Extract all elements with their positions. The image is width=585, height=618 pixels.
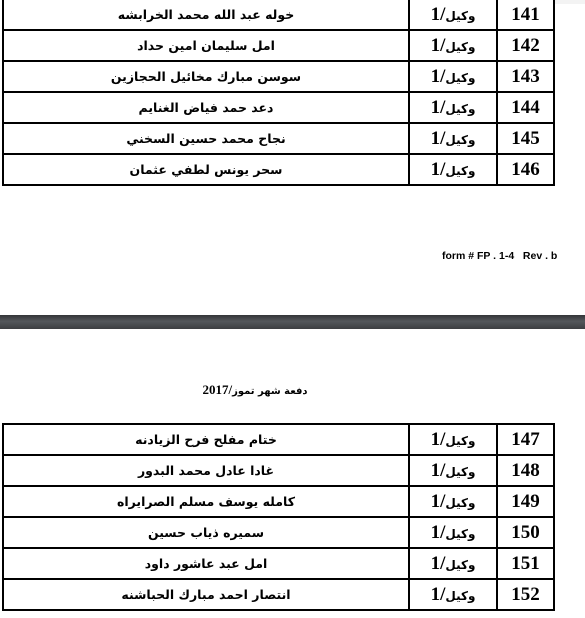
batch-heading: دفعة شهر تموز/2017 [195,381,315,399]
row-number: 146 [497,154,554,185]
row-number: 150 [497,517,554,548]
table-row: 147 وكيل/1 ختام مفلح فرح الزيادنه [3,424,554,455]
role-label: وكيل [445,465,475,479]
role-label: وكيل [445,133,475,147]
role-grade: /1 [431,460,446,481]
role-grade: /1 [431,429,446,450]
row-number: 141 [497,0,554,30]
role-label: وكيل [445,496,475,510]
row-number: 151 [497,548,554,579]
employee-name: امل عبد عاشور داود [3,548,409,579]
table-row: 151 وكيل/1 امل عبد عاشور داود [3,548,554,579]
role-grade: /1 [431,97,446,118]
role-grade: /1 [431,66,446,87]
role-label: وكيل [445,102,475,116]
employee-name: انتصار احمد مبارك الحباشنه [3,579,409,610]
employee-name: دعد حمد فياض الغنايم [3,92,409,123]
table-row: 150 وكيل/1 سميره ذياب حسين [3,517,554,548]
role-label: وكيل [445,434,475,448]
row-number: 149 [497,486,554,517]
role-label: وكيل [445,9,475,23]
role-cell: وكيل/1 [409,548,497,579]
role-label: وكيل [445,589,475,603]
row-number: 142 [497,30,554,61]
employee-name: نجاح محمد حسين السخني [3,123,409,154]
role-label: وكيل [445,40,475,54]
role-grade: /1 [431,4,446,25]
employee-name: كامله يوسف مسلم الصرايراه [3,486,409,517]
employee-name: غادا عادل محمد البدور [3,455,409,486]
employee-name: سوسن مبارك مخائيل الحجازين [3,61,409,92]
role-cell: وكيل/1 [409,92,497,123]
role-label: وكيل [445,71,475,85]
document-page-2: دفعة شهر تموز/2017 147 وكيل/1 ختام مفلح … [0,329,585,618]
role-cell: وكيل/1 [409,486,497,517]
row-number: 144 [497,92,554,123]
role-label: وكيل [445,558,475,572]
row-number: 147 [497,424,554,455]
table-row: 149 وكيل/1 كامله يوسف مسلم الصرايراه [3,486,554,517]
form-reference: form # FP . 1-4 Rev . b [442,250,557,262]
table-row: 146 وكيل/1 سحر يونس لطفي عثمان [3,154,554,185]
roster-table-2: 147 وكيل/1 ختام مفلح فرح الزيادنه 148 وك… [2,423,555,611]
role-cell: وكيل/1 [409,154,497,185]
row-number: 148 [497,455,554,486]
role-cell: وكيل/1 [409,123,497,154]
role-cell: وكيل/1 [409,517,497,548]
role-grade: /1 [431,159,446,180]
page-edge [553,0,585,4]
role-cell: وكيل/1 [409,0,497,30]
employee-name: امل سليمان امين حداد [3,30,409,61]
employee-name: خوله عبد الله محمد الخرابشه [3,0,409,30]
role-cell: وكيل/1 [409,455,497,486]
page-separator [0,315,585,329]
row-number: 143 [497,61,554,92]
batch-heading-text: دفعة شهر تموز [232,386,308,397]
role-label: وكيل [445,164,475,178]
document-page-1: 141 وكيل/1 خوله عبد الله محمد الخرابشه 1… [0,0,585,315]
role-grade: /1 [431,491,446,512]
role-grade: /1 [431,35,446,56]
table-row: 144 وكيل/1 دعد حمد فياض الغنايم [3,92,554,123]
role-grade: /1 [431,522,446,543]
row-number: 145 [497,123,554,154]
role-cell: وكيل/1 [409,30,497,61]
row-number: 152 [497,579,554,610]
employee-name: ختام مفلح فرح الزيادنه [3,424,409,455]
table-row: 141 وكيل/1 خوله عبد الله محمد الخرابشه [3,0,554,30]
roster-table-1: 141 وكيل/1 خوله عبد الله محمد الخرابشه 1… [2,0,555,186]
table-row: 145 وكيل/1 نجاح محمد حسين السخني [3,123,554,154]
table-row: 142 وكيل/1 امل سليمان امين حداد [3,30,554,61]
table-row: 143 وكيل/1 سوسن مبارك مخائيل الحجازين [3,61,554,92]
role-cell: وكيل/1 [409,424,497,455]
role-cell: وكيل/1 [409,61,497,92]
role-label: وكيل [445,527,475,541]
employee-name: سميره ذياب حسين [3,517,409,548]
batch-heading-year: /2017 [202,382,232,397]
role-grade: /1 [431,553,446,574]
table-row: 152 وكيل/1 انتصار احمد مبارك الحباشنه [3,579,554,610]
role-cell: وكيل/1 [409,579,497,610]
employee-name: سحر يونس لطفي عثمان [3,154,409,185]
role-grade: /1 [431,128,446,149]
role-grade: /1 [431,584,446,605]
table-row: 148 وكيل/1 غادا عادل محمد البدور [3,455,554,486]
